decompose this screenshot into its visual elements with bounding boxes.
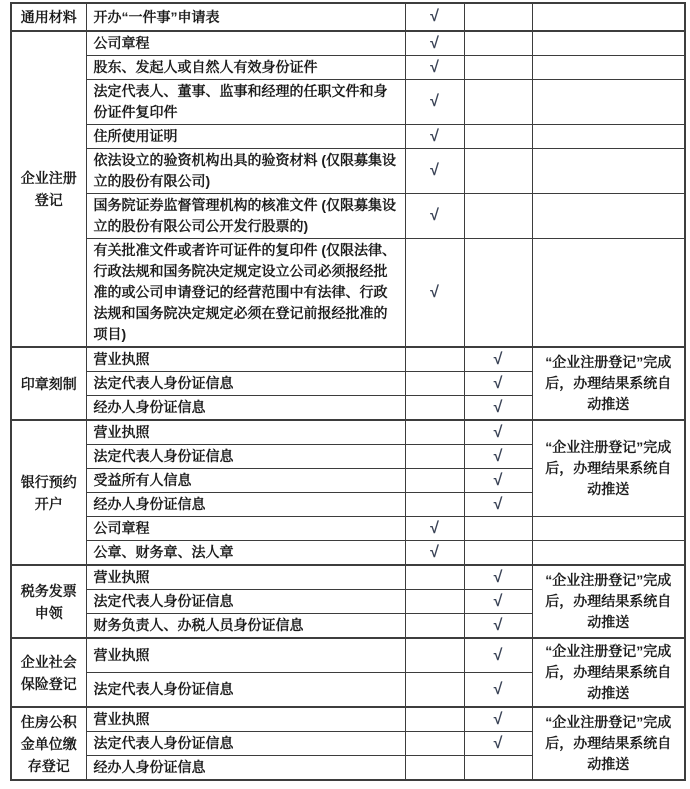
category-cell: 通用材料 xyxy=(11,3,86,31)
check-cell-c2: √ xyxy=(464,493,532,517)
check-cell-c2: √ xyxy=(464,707,532,732)
notes-cell xyxy=(532,80,685,125)
notes-cell xyxy=(532,239,685,348)
notes-cell xyxy=(532,3,685,31)
checkmark-icon: √ xyxy=(494,424,503,441)
check-cell-c1: √ xyxy=(405,517,464,541)
check-cell-c2: √ xyxy=(464,347,532,372)
table-row: 住房公积金单位缴存登记营业执照√“企业注册登记”完成后，办理结果系统自动推送 xyxy=(11,707,685,732)
material-cell: 营业执照 xyxy=(86,420,405,445)
material-cell: 受益所有人信息 xyxy=(86,469,405,493)
check-cell-c1 xyxy=(405,493,464,517)
table-row: 有关批准文件或者许可证件的复印件 (仅限法律、行政法规和国务院决定规定设立公司必… xyxy=(11,239,685,348)
table-row: 企业注册登记公司章程√ xyxy=(11,31,685,56)
check-cell-c2 xyxy=(464,149,532,194)
check-cell-c2 xyxy=(464,239,532,348)
table-row: 税务发票申领营业执照√“企业注册登记”完成后，办理结果系统自动推送 xyxy=(11,565,685,590)
check-cell-c1: √ xyxy=(405,3,464,31)
notes-cell xyxy=(532,56,685,80)
check-cell-c1 xyxy=(405,673,464,708)
check-cell-c1: √ xyxy=(405,56,464,80)
check-cell-c2 xyxy=(464,541,532,566)
notes-cell xyxy=(532,31,685,56)
checkmark-icon: √ xyxy=(430,93,439,110)
checkmark-icon: √ xyxy=(494,472,503,489)
checkmark-icon: √ xyxy=(494,617,503,634)
check-cell-c1: √ xyxy=(405,239,464,348)
category-cell: 印章刻制 xyxy=(11,347,86,420)
check-cell-c1: √ xyxy=(405,149,464,194)
check-cell-c2 xyxy=(464,756,532,781)
checkmark-icon: √ xyxy=(494,681,503,698)
table-row: 通用材料开办“一件事”申请表√ xyxy=(11,3,685,31)
document-page: 通用材料开办“一件事”申请表√企业注册登记公司章程√股东、发起人或自然人有效身份… xyxy=(0,0,690,789)
table-row: 依法设立的验资机构出具的验资材料 (仅限募集设立的股份有限公司)√ xyxy=(11,149,685,194)
check-cell-c1 xyxy=(405,469,464,493)
check-cell-c1 xyxy=(405,420,464,445)
check-cell-c2: √ xyxy=(464,420,532,445)
check-cell-c2: √ xyxy=(464,396,532,421)
check-cell-c2 xyxy=(464,80,532,125)
material-cell: 依法设立的验资机构出具的验资材料 (仅限募集设立的股份有限公司) xyxy=(86,149,405,194)
table-row: 公章、财务章、法人章√ xyxy=(11,541,685,566)
notes-cell: “企业注册登记”完成后，办理结果系统自动推送 xyxy=(532,347,685,420)
material-cell: 公司章程 xyxy=(86,31,405,56)
check-cell-c1 xyxy=(405,347,464,372)
checkmark-icon: √ xyxy=(494,399,503,416)
check-cell-c1 xyxy=(405,565,464,590)
material-cell: 法定代表人身份证信息 xyxy=(86,590,405,614)
material-cell: 经办人身份证信息 xyxy=(86,756,405,781)
category-cell: 住房公积金单位缴存登记 xyxy=(11,707,86,780)
material-cell: 开办“一件事”申请表 xyxy=(86,3,405,31)
material-cell: 营业执照 xyxy=(86,565,405,590)
check-cell-c2 xyxy=(464,56,532,80)
material-cell: 公章、财务章、法人章 xyxy=(86,541,405,566)
material-cell: 经办人身份证信息 xyxy=(86,396,405,421)
category-cell: 企业社会保险登记 xyxy=(11,638,86,707)
check-cell-c1: √ xyxy=(405,80,464,125)
checkmark-icon: √ xyxy=(430,544,439,561)
notes-cell: “企业注册登记”完成后，办理结果系统自动推送 xyxy=(532,565,685,638)
material-cell: 国务院证券监督管理机构的核准文件 (仅限募集设立的股份有限公司公开发行股票的) xyxy=(86,194,405,239)
checkmark-icon: √ xyxy=(430,520,439,537)
table-row: 住所使用证明√ xyxy=(11,125,685,149)
material-cell: 法定代表人身份证信息 xyxy=(86,673,405,708)
checkmark-icon: √ xyxy=(494,647,503,664)
material-cell: 经办人身份证信息 xyxy=(86,493,405,517)
check-cell-c2: √ xyxy=(464,469,532,493)
table-row: 银行预约开户营业执照√“企业注册登记”完成后，办理结果系统自动推送 xyxy=(11,420,685,445)
checkmark-icon: √ xyxy=(494,496,503,513)
check-cell-c2: √ xyxy=(464,638,532,673)
checkmark-icon: √ xyxy=(494,375,503,392)
checkmark-icon: √ xyxy=(494,351,503,368)
check-cell-c1 xyxy=(405,707,464,732)
check-cell-c1: √ xyxy=(405,31,464,56)
table-row: 国务院证券监督管理机构的核准文件 (仅限募集设立的股份有限公司公开发行股票的)√ xyxy=(11,194,685,239)
material-cell: 股东、发起人或自然人有效身份证件 xyxy=(86,56,405,80)
check-cell-c2: √ xyxy=(464,732,532,756)
checkmark-icon: √ xyxy=(494,569,503,586)
checkmark-icon: √ xyxy=(494,735,503,752)
checkmark-icon: √ xyxy=(494,593,503,610)
notes-cell xyxy=(532,194,685,239)
table-row: 股东、发起人或自然人有效身份证件√ xyxy=(11,56,685,80)
check-cell-c2 xyxy=(464,31,532,56)
checkmark-icon: √ xyxy=(430,207,439,224)
check-cell-c2: √ xyxy=(464,614,532,639)
category-cell: 税务发票申领 xyxy=(11,565,86,638)
check-cell-c2: √ xyxy=(464,673,532,708)
table-row: 企业社会保险登记营业执照√“企业注册登记”完成后，办理结果系统自动推送 xyxy=(11,638,685,673)
category-cell: 企业注册登记 xyxy=(11,31,86,347)
checkmark-icon: √ xyxy=(430,162,439,179)
material-cell: 有关批准文件或者许可证件的复印件 (仅限法律、行政法规和国务院决定规定设立公司必… xyxy=(86,239,405,348)
check-cell-c2 xyxy=(464,125,532,149)
check-cell-c1 xyxy=(405,732,464,756)
check-cell-c2: √ xyxy=(464,565,532,590)
check-cell-c1: √ xyxy=(405,194,464,239)
material-cell: 营业执照 xyxy=(86,638,405,673)
checkmark-icon: √ xyxy=(494,711,503,728)
check-cell-c2: √ xyxy=(464,372,532,396)
check-cell-c1: √ xyxy=(405,541,464,566)
checkmark-icon: √ xyxy=(430,284,439,301)
material-cell: 营业执照 xyxy=(86,347,405,372)
checkmark-icon: √ xyxy=(430,8,439,25)
checkmark-icon: √ xyxy=(494,448,503,465)
notes-cell: “企业注册登记”完成后，办理结果系统自动推送 xyxy=(532,638,685,707)
check-cell-c1 xyxy=(405,756,464,781)
check-cell-c1 xyxy=(405,445,464,469)
materials-table: 通用材料开办“一件事”申请表√企业注册登记公司章程√股东、发起人或自然人有效身份… xyxy=(10,2,686,781)
material-cell: 法定代表人、董事、监事和经理的任职文件和身份证件复印件 xyxy=(86,80,405,125)
check-cell-c1 xyxy=(405,614,464,639)
material-cell: 法定代表人身份证信息 xyxy=(86,445,405,469)
notes-cell xyxy=(532,517,685,541)
checkmark-icon: √ xyxy=(430,35,439,52)
check-cell-c1 xyxy=(405,590,464,614)
material-cell: 住所使用证明 xyxy=(86,125,405,149)
checkmark-icon: √ xyxy=(430,128,439,145)
table-body: 通用材料开办“一件事”申请表√企业注册登记公司章程√股东、发起人或自然人有效身份… xyxy=(11,3,685,780)
category-cell: 银行预约开户 xyxy=(11,420,86,565)
check-cell-c2 xyxy=(464,194,532,239)
table-row: 法定代表人、董事、监事和经理的任职文件和身份证件复印件√ xyxy=(11,80,685,125)
notes-cell xyxy=(532,149,685,194)
check-cell-c2 xyxy=(464,3,532,31)
check-cell-c1 xyxy=(405,396,464,421)
check-cell-c1 xyxy=(405,638,464,673)
checkmark-icon: √ xyxy=(430,59,439,76)
check-cell-c2 xyxy=(464,517,532,541)
notes-cell xyxy=(532,541,685,566)
table-row: 公司章程√ xyxy=(11,517,685,541)
material-cell: 财务负责人、办税人员身份证信息 xyxy=(86,614,405,639)
check-cell-c2: √ xyxy=(464,590,532,614)
notes-cell: “企业注册登记”完成后，办理结果系统自动推送 xyxy=(532,420,685,517)
table-row: 印章刻制营业执照√“企业注册登记”完成后，办理结果系统自动推送 xyxy=(11,347,685,372)
check-cell-c1 xyxy=(405,372,464,396)
notes-cell xyxy=(532,125,685,149)
notes-cell: “企业注册登记”完成后，办理结果系统自动推送 xyxy=(532,707,685,780)
material-cell: 公司章程 xyxy=(86,517,405,541)
check-cell-c2: √ xyxy=(464,445,532,469)
material-cell: 法定代表人身份证信息 xyxy=(86,372,405,396)
check-cell-c1: √ xyxy=(405,125,464,149)
material-cell: 营业执照 xyxy=(86,707,405,732)
material-cell: 法定代表人身份证信息 xyxy=(86,732,405,756)
